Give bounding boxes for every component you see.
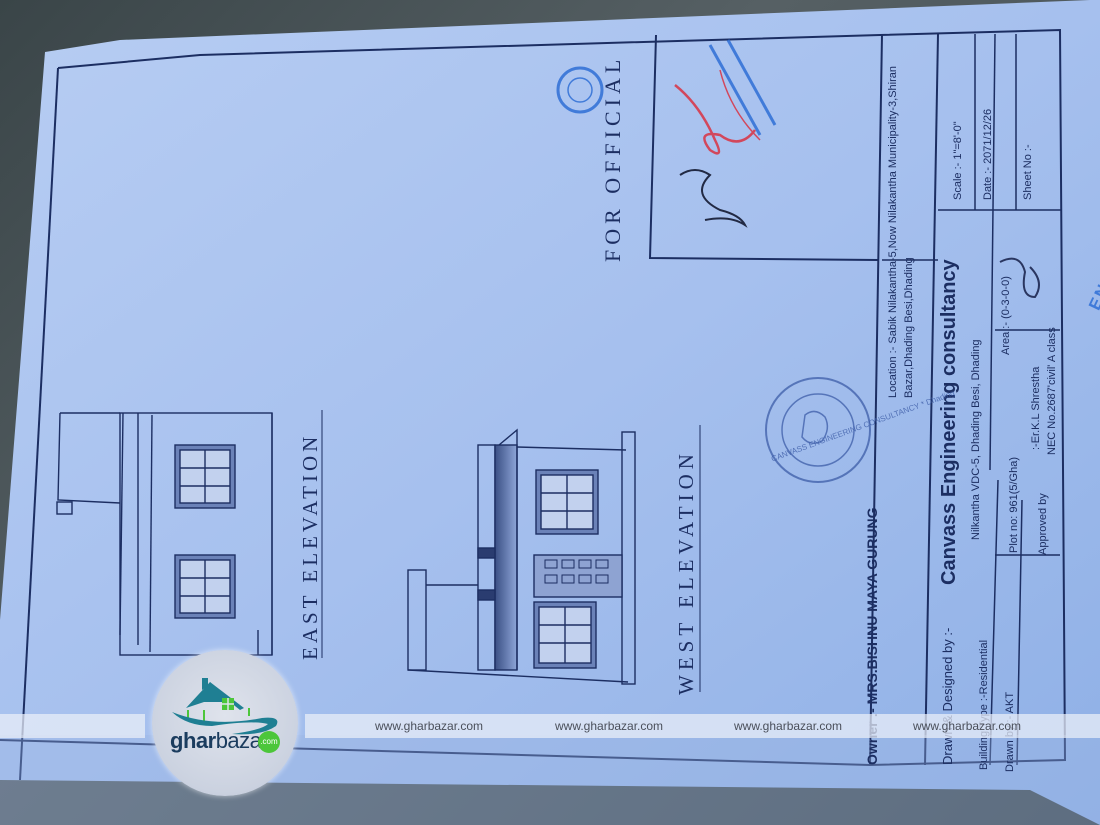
date-field: Date :- 2071/12/26	[982, 109, 994, 200]
location-line-2: Bazar,Dhading Besi,Dhading	[903, 257, 915, 398]
approved-by-name: :-Er.K.L Shrestha	[1030, 367, 1042, 450]
sheet-no-field: Sheet No :-	[1022, 144, 1034, 200]
watermark-url-2: www.gharbazar.com	[555, 719, 663, 733]
house-icon	[152, 650, 298, 796]
watermark-url-3: www.gharbazar.com	[734, 719, 842, 733]
gharbazar-logo[interactable]: gharbazar .com	[152, 650, 298, 796]
approved-by-label: Approved by	[1037, 493, 1049, 555]
logo-text: gharbazar	[170, 728, 268, 754]
drawn-designed-label: Drawn & Designed by :-	[940, 628, 955, 765]
watermark-strip-left	[0, 714, 145, 738]
approved-by-nec: NEC No.2687'civil' A class	[1046, 327, 1058, 455]
building-type-field: Building Type :-Residential	[978, 640, 990, 770]
west-elevation-title: WEST ELEVATION	[674, 449, 699, 695]
location-line-1: Location :- Sabik Nilakantha-5,Now Nilak…	[887, 66, 899, 398]
company-address: Nilkantha VDC-5, Dhading Besi, Dhading	[970, 339, 982, 540]
official-box-title: FOR OFFICIAL	[600, 55, 626, 262]
watermark-url-4: www.gharbazar.com	[913, 719, 1021, 733]
company-name: Canvass Engineering consultancy	[938, 259, 961, 585]
area-field: Area :- (0-3-0-0)	[1000, 276, 1012, 355]
east-elevation-title: EAST ELEVATION	[298, 433, 323, 660]
logo-com-badge: .com	[258, 731, 280, 753]
logo-text-main: ghar	[170, 728, 216, 753]
scale-field: Scale :- 1"=8'-0"	[952, 121, 964, 200]
watermark-url-1: www.gharbazar.com	[375, 719, 483, 733]
plot-no-field: Plot no: 961(5/Gha)	[1008, 457, 1020, 553]
